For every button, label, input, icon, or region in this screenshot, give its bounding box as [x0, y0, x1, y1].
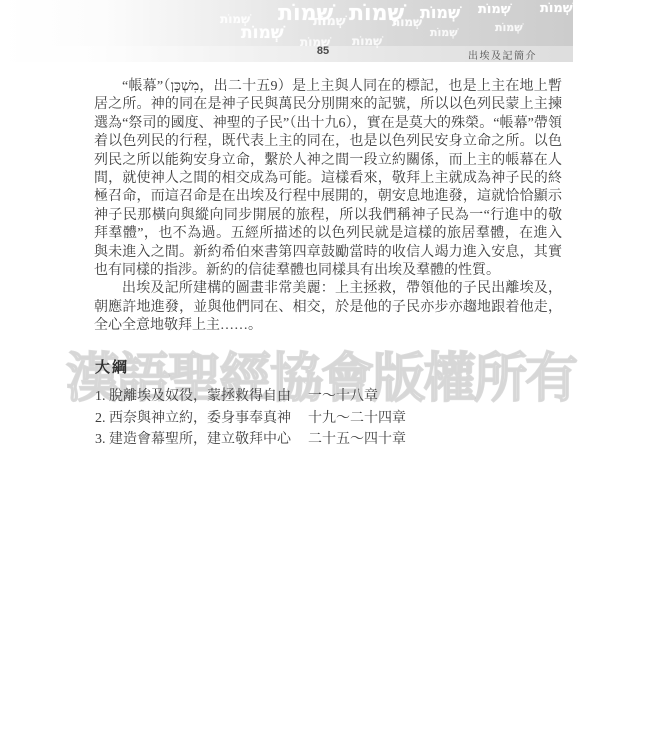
hebrew-decoration-text: שְׁמוֹת [352, 35, 382, 47]
outline-item: 2. 西奈與神立約，委身事奉真神 十九～二十四章 [95, 408, 515, 430]
body-text-block: “帳幕”（מִשְׁכָּן，出二十五9）是上主與人同在的標記，也是上主在地上暫… [94, 78, 562, 336]
hebrew-decoration-text: שְׁמוֹת [430, 27, 458, 38]
outline-item-chapters: 十九～二十四章 [308, 408, 515, 430]
outline-item-title: 3. 建造會幕聖所，建立敬拜中心 [95, 429, 308, 451]
hebrew-decoration-text: שְׁמוֹת [420, 5, 460, 21]
section-title: 出埃及記簡介 [468, 47, 537, 62]
hebrew-decoration-text: שְׁמוֹת [313, 15, 346, 28]
hebrew-decoration-text: שְׁמוֹת [478, 3, 511, 16]
outline-item: 1. 脫離埃及奴役，蒙拯救得自由 一～十八章 [95, 386, 515, 408]
outline-item: 3. 建造會幕聖所，建立敬拜中心 二十五～四十章 [95, 429, 515, 451]
hebrew-decoration-text: שְׁמוֹת [392, 16, 422, 28]
hebrew-decoration-text: שְׁמוֹת [540, 2, 573, 15]
outline-heading: 大綱 [95, 356, 515, 377]
outline-item-chapters: 二十五～四十章 [308, 429, 515, 451]
document-page: שְׁמוֹת שְׁמוֹת שְׁמוֹת שְׁמוֹת שְׁמוֹת … [0, 0, 650, 750]
outline-item-title: 2. 西奈與神立約，委身事奉真神 [95, 408, 308, 430]
body-paragraph: 出埃及記所建構的圖畫非常美麗：上主拯救，帶領他的子民出離埃及，朝應許地進發，並與… [94, 280, 562, 335]
page-number: 85 [306, 45, 340, 57]
outline-item-chapters: 一～十八章 [308, 386, 515, 408]
body-paragraph: “帳幕”（מִשְׁכָּן，出二十五9）是上主與人同在的標記，也是上主在地上暫… [94, 78, 562, 280]
outline-section: 大綱 1. 脫離埃及奴役，蒙拯救得自由 一～十八章 2. 西奈與神立約，委身事奉… [95, 356, 515, 451]
hebrew-decoration-text: שְׁמוֹת [241, 25, 284, 42]
outline-item-title: 1. 脫離埃及奴役，蒙拯救得自由 [95, 386, 308, 408]
hebrew-decoration-text: שְׁמוֹת [495, 22, 523, 33]
